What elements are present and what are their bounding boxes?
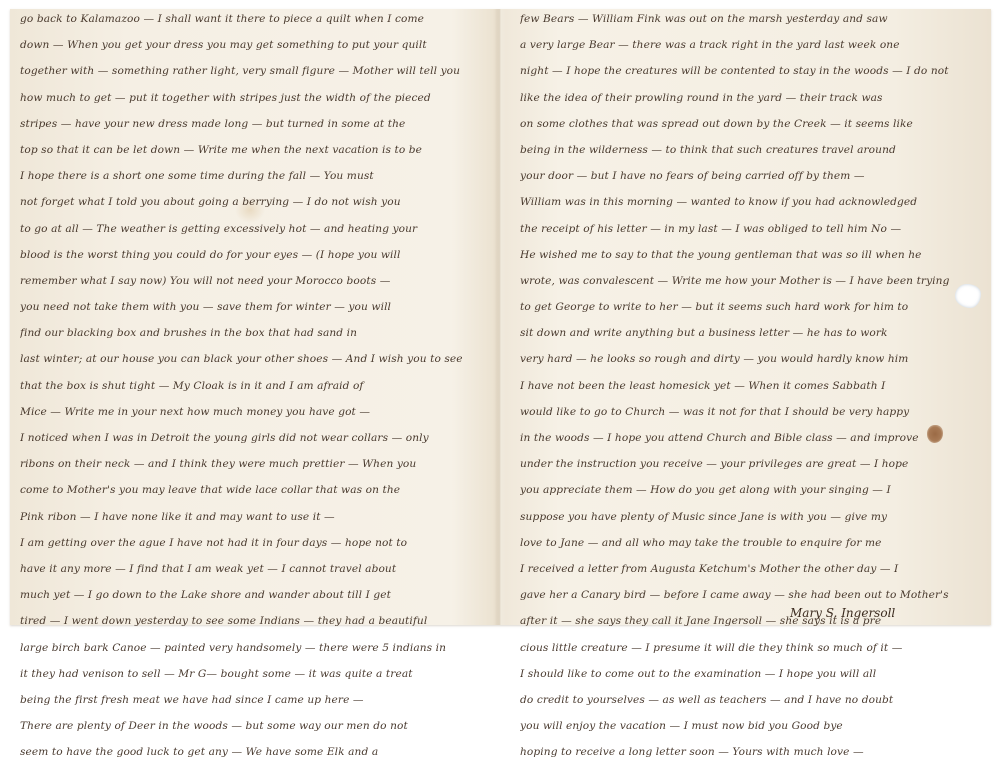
handwritten-line: to get George to write to her — but it s…	[520, 294, 982, 320]
handwritten-line: last winter; at our house you can black …	[20, 346, 482, 372]
handwritten-line: under the instruction you receive — your…	[520, 451, 982, 477]
handwritten-line: few Bears — William Fink was out on the …	[520, 6, 982, 32]
handwritten-line: I am getting over the ague I have not ha…	[20, 530, 482, 556]
handwritten-line: go back to Kalamazoo — I shall want it t…	[20, 6, 482, 32]
handwritten-line: how much to get — put it together with s…	[20, 85, 482, 111]
handwritten-line: find our blacking box and brushes in the…	[20, 320, 482, 346]
handwritten-line: love to Jane — and all who may take the …	[520, 530, 982, 556]
handwritten-line: you appreciate them — How do you get alo…	[520, 477, 982, 503]
handwritten-line: Pink ribon — I have none like it and may…	[20, 504, 482, 530]
handwritten-line: I noticed when I was in Detroit the youn…	[20, 425, 482, 451]
handwritten-line: you need not take them with you — save t…	[20, 294, 482, 320]
handwritten-line: that the box is shut tight — My Cloak is…	[20, 373, 482, 399]
handwritten-line: to go at all — The weather is getting ex…	[20, 216, 482, 242]
handwritten-line: tired — I went down yesterday to see som…	[20, 608, 482, 634]
right-page: few Bears — William Fink was out on the …	[520, 6, 982, 643]
handwritten-line: Mice — Write me in your next how much mo…	[20, 399, 482, 425]
handwritten-line: I have not been the least homesick yet —…	[520, 373, 982, 399]
handwritten-line: not forget what I told you about going a…	[20, 189, 482, 215]
handwritten-line: much yet — I go down to the Lake shore a…	[20, 582, 482, 608]
left-page: go back to Kalamazoo — I shall want it t…	[20, 6, 482, 643]
handwritten-line: come to Mother's you may leave that wide…	[20, 477, 482, 503]
handwritten-line: I hope there is a short one some time du…	[20, 163, 482, 189]
handwritten-line: night — I hope the creatures will be con…	[520, 58, 982, 84]
handwritten-line: cious little creature — I presume it wil…	[520, 635, 982, 644]
handwritten-line: William was in this morning — wanted to …	[520, 189, 982, 215]
handwritten-line: being in the wilderness — to think that …	[520, 137, 982, 163]
handwritten-line: your door — but I have no fears of being…	[520, 163, 982, 189]
handwritten-line: down — When you get your dress you may g…	[20, 32, 482, 58]
handwritten-line: He wished me to say to that the young ge…	[520, 242, 982, 268]
handwritten-line: would like to go to Church — was it not …	[520, 399, 982, 425]
handwritten-line: ribons on their neck — and I think they …	[20, 451, 482, 477]
center-fold	[495, 9, 505, 625]
handwritten-line: after it — she says they call it Jane In…	[520, 608, 982, 634]
handwritten-line: sit down and write anything but a busine…	[520, 320, 982, 346]
handwritten-line: stripes — have your new dress made long …	[20, 111, 482, 137]
handwritten-line: together with — something rather light, …	[20, 58, 482, 84]
signature: Mary S. Ingersoll	[790, 606, 895, 620]
handwritten-line: have it any more — I find that I am weak…	[20, 556, 482, 582]
handwritten-line: very hard — he looks so rough and dirty …	[520, 346, 982, 372]
handwritten-line: large birch bark Canoe — painted very ha…	[20, 635, 482, 644]
handwritten-line: like the idea of their prowling round in…	[520, 85, 982, 111]
handwritten-line: remember what I say now) You will not ne…	[20, 268, 482, 294]
handwritten-line: the receipt of his letter — in my last —…	[520, 216, 982, 242]
handwritten-line: a very large Bear — there was a track ri…	[520, 32, 982, 58]
handwritten-line: top so that it can be let down — Write m…	[20, 137, 482, 163]
handwritten-line: gave her a Canary bird — before I came a…	[520, 582, 982, 608]
handwritten-line: blood is the worst thing you could do fo…	[20, 242, 482, 268]
handwritten-line: wrote, was convalescent — Write me how y…	[520, 268, 982, 294]
paper-tear-hole	[955, 284, 981, 308]
handwritten-line: in the woods — I hope you attend Church …	[520, 425, 982, 451]
handwritten-line: I received a letter from Augusta Ketchum…	[520, 556, 982, 582]
handwritten-line: suppose you have plenty of Music since J…	[520, 504, 982, 530]
handwritten-line: on some clothes that was spread out down…	[520, 111, 982, 137]
